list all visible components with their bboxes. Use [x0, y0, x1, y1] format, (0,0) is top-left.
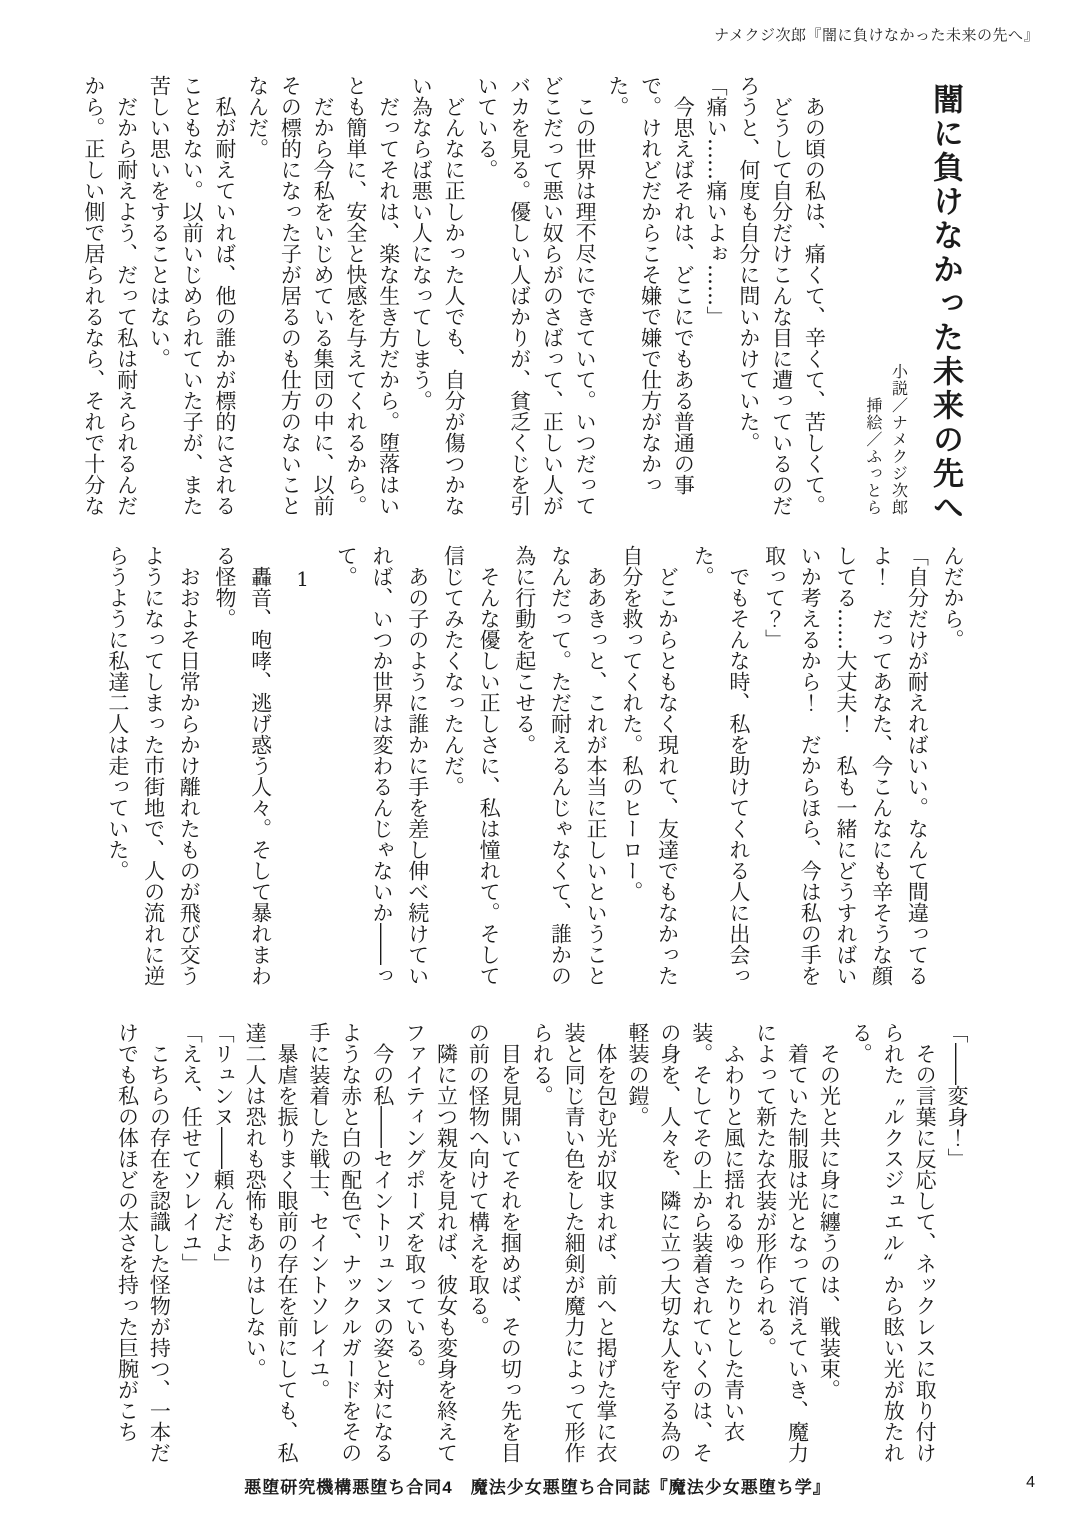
- credits-block: 小説／ナメクジ次郎 挿絵／ふっとら: [860, 75, 911, 516]
- paragraph: 目を見開いてそれを掴めば、その切っ先を目の前の怪物へ向けて構えを取る。: [462, 1022, 526, 1463]
- document-page: ナメクジ次郎『闇に負けなかった未来の先へ』 闇に負けなかった未来の先へ 小説／ナ…: [0, 0, 1075, 1518]
- paragraph: この世界は理不尽にできていて。いつだってどこだって悪い奴らがのさばって、正しい人…: [470, 75, 601, 516]
- paragraph: 私が耐えていれば、他の誰かが標的にされることもない。以前いじめられていた子が、ま…: [143, 75, 241, 516]
- paragraph: だってそれは、楽な生き方だから。堕落はいとも簡単に、安全と快感を与えてくれるから…: [339, 75, 405, 516]
- credit-illustration: 挿絵／ふっとら: [860, 75, 886, 516]
- paragraph: その光と共に身に纏うのは、戦装束。: [812, 1022, 844, 1463]
- paragraph: だから耐えよう、だって私は耐えられるんだから。正しい側で居られるなら、それで十分…: [77, 75, 143, 516]
- text-band-middle: んだから。 「自分だけが耐えればいい。なんて間違ってるよ！ だってあなた、今こん…: [99, 545, 970, 986]
- credit-novel: 小説／ナメクジ次郎: [886, 75, 912, 516]
- paragraph: ああきっと、これが本当に正しいということなんだって。ただ耐えるんじゃなくて、誰か…: [506, 545, 613, 986]
- paragraph: 暴虐を振りまく眼前の存在を前にしても、私達二人は恐れも恐怖もありはしない。: [238, 1022, 302, 1463]
- paragraph-dialogue: 「自分だけが耐えればいい。なんて間違ってるよ！ だってあなた、今こんなにも辛そう…: [756, 545, 934, 986]
- paragraph: でもそんな時、私を助けてくれる人に出会った。: [685, 545, 756, 986]
- paragraph: 今思えばそれは、どこにでもある普通の事で。けれどだからこそ嫌で嫌で仕方がなかった…: [601, 75, 699, 516]
- paragraph: そんな優しい正しさに、私は憧れて。そして信じてみたくなったんだ。: [435, 545, 506, 986]
- paragraph: 着ていた制服は光となって消えていき、魔力によって新たな衣装が形作られる。: [749, 1022, 813, 1463]
- paragraph: その言葉に反応して、ネックレスに取り付けられた〝ルクスジュエル〟から眩い光が放た…: [844, 1022, 940, 1463]
- paragraph-dialogue: 「痛い……痛いよぉ……」: [699, 75, 732, 516]
- paragraph: あの子のように誰かに手を差し伸べ続けていれば、いつか世界は変わるんじゃないか――…: [328, 545, 435, 986]
- page-number: 4: [1026, 1474, 1035, 1492]
- text-band-top: 闇に負けなかった未来の先へ 小説／ナメクジ次郎 挿絵／ふっとら あの頃の私は、痛…: [77, 75, 970, 516]
- running-header: ナメクジ次郎『闇に負けなかった未来の先へ』: [714, 24, 1039, 45]
- paragraph-continuation: んだから。: [934, 545, 970, 986]
- paragraph-dialogue: 「ええ、任せてソレイユ」: [174, 1022, 206, 1463]
- paragraph: どんなに正しかった人でも、自分が傷つかない為ならば悪い人になってしまう。: [405, 75, 471, 516]
- paragraph: 今の私――セイントリュンヌの姿と対になるような赤と白の配色で、ナックルガードをそ…: [302, 1022, 398, 1463]
- paragraph: 轟音、咆哮、逃げ惑う人々。そして暴れまわる怪物。: [206, 545, 277, 986]
- paragraph: どこからともなく現れて、友達でもなかった自分を救ってくれた。私のヒーロー。: [613, 545, 684, 986]
- paragraph: こちらの存在を認識した怪物が持つ、一本だけでも私の体ほどの太さを持った巨腕がこち: [111, 1022, 175, 1463]
- paragraph: ふわりと風に揺れるゆったりとした青い衣装。そしてその上から装着されていくのは、そ…: [621, 1022, 749, 1463]
- paragraph: おおよそ日常からかけ離れたものが飛び交うようになってしまった市街地で、人の流れに…: [99, 545, 206, 986]
- footer-doujin-info: 悪堕研究機構悪堕ち合同4 魔法少女悪堕ち合同誌『魔法少女悪堕ち学』: [244, 1473, 830, 1498]
- paragraph: 隣に立つ親友を見れば、彼女も変身を終えてファイティングポーズを取っている。: [398, 1022, 462, 1463]
- paragraph: どうして自分だけこんな目に遭っているのだろうと、何度も自分に問いかけていた。: [732, 75, 798, 516]
- paragraph-dialogue: 「――変身！」: [940, 1022, 972, 1463]
- paragraph: 体を包む光が収まれば、前へと掲げた掌に衣装と同じ青い色をした細剣が魔力によって形…: [525, 1022, 621, 1463]
- paragraph: だから今私をいじめている集団の中に、以前その標的になった子が居るのも仕方のないこ…: [241, 75, 339, 516]
- paragraph: あの頃の私は、痛くて、辛くて、苦しくて。: [798, 75, 831, 516]
- page-title: 闇に負けなかった未来の先へ: [922, 83, 969, 516]
- text-band-bottom: 「――変身！」 その言葉に反応して、ネックレスに取り付けられた〝ルクスジュエル〟…: [111, 1022, 972, 1463]
- section-number: 1: [286, 545, 320, 986]
- paragraph-dialogue: 「リュンヌ――頼んだよ」: [206, 1022, 238, 1463]
